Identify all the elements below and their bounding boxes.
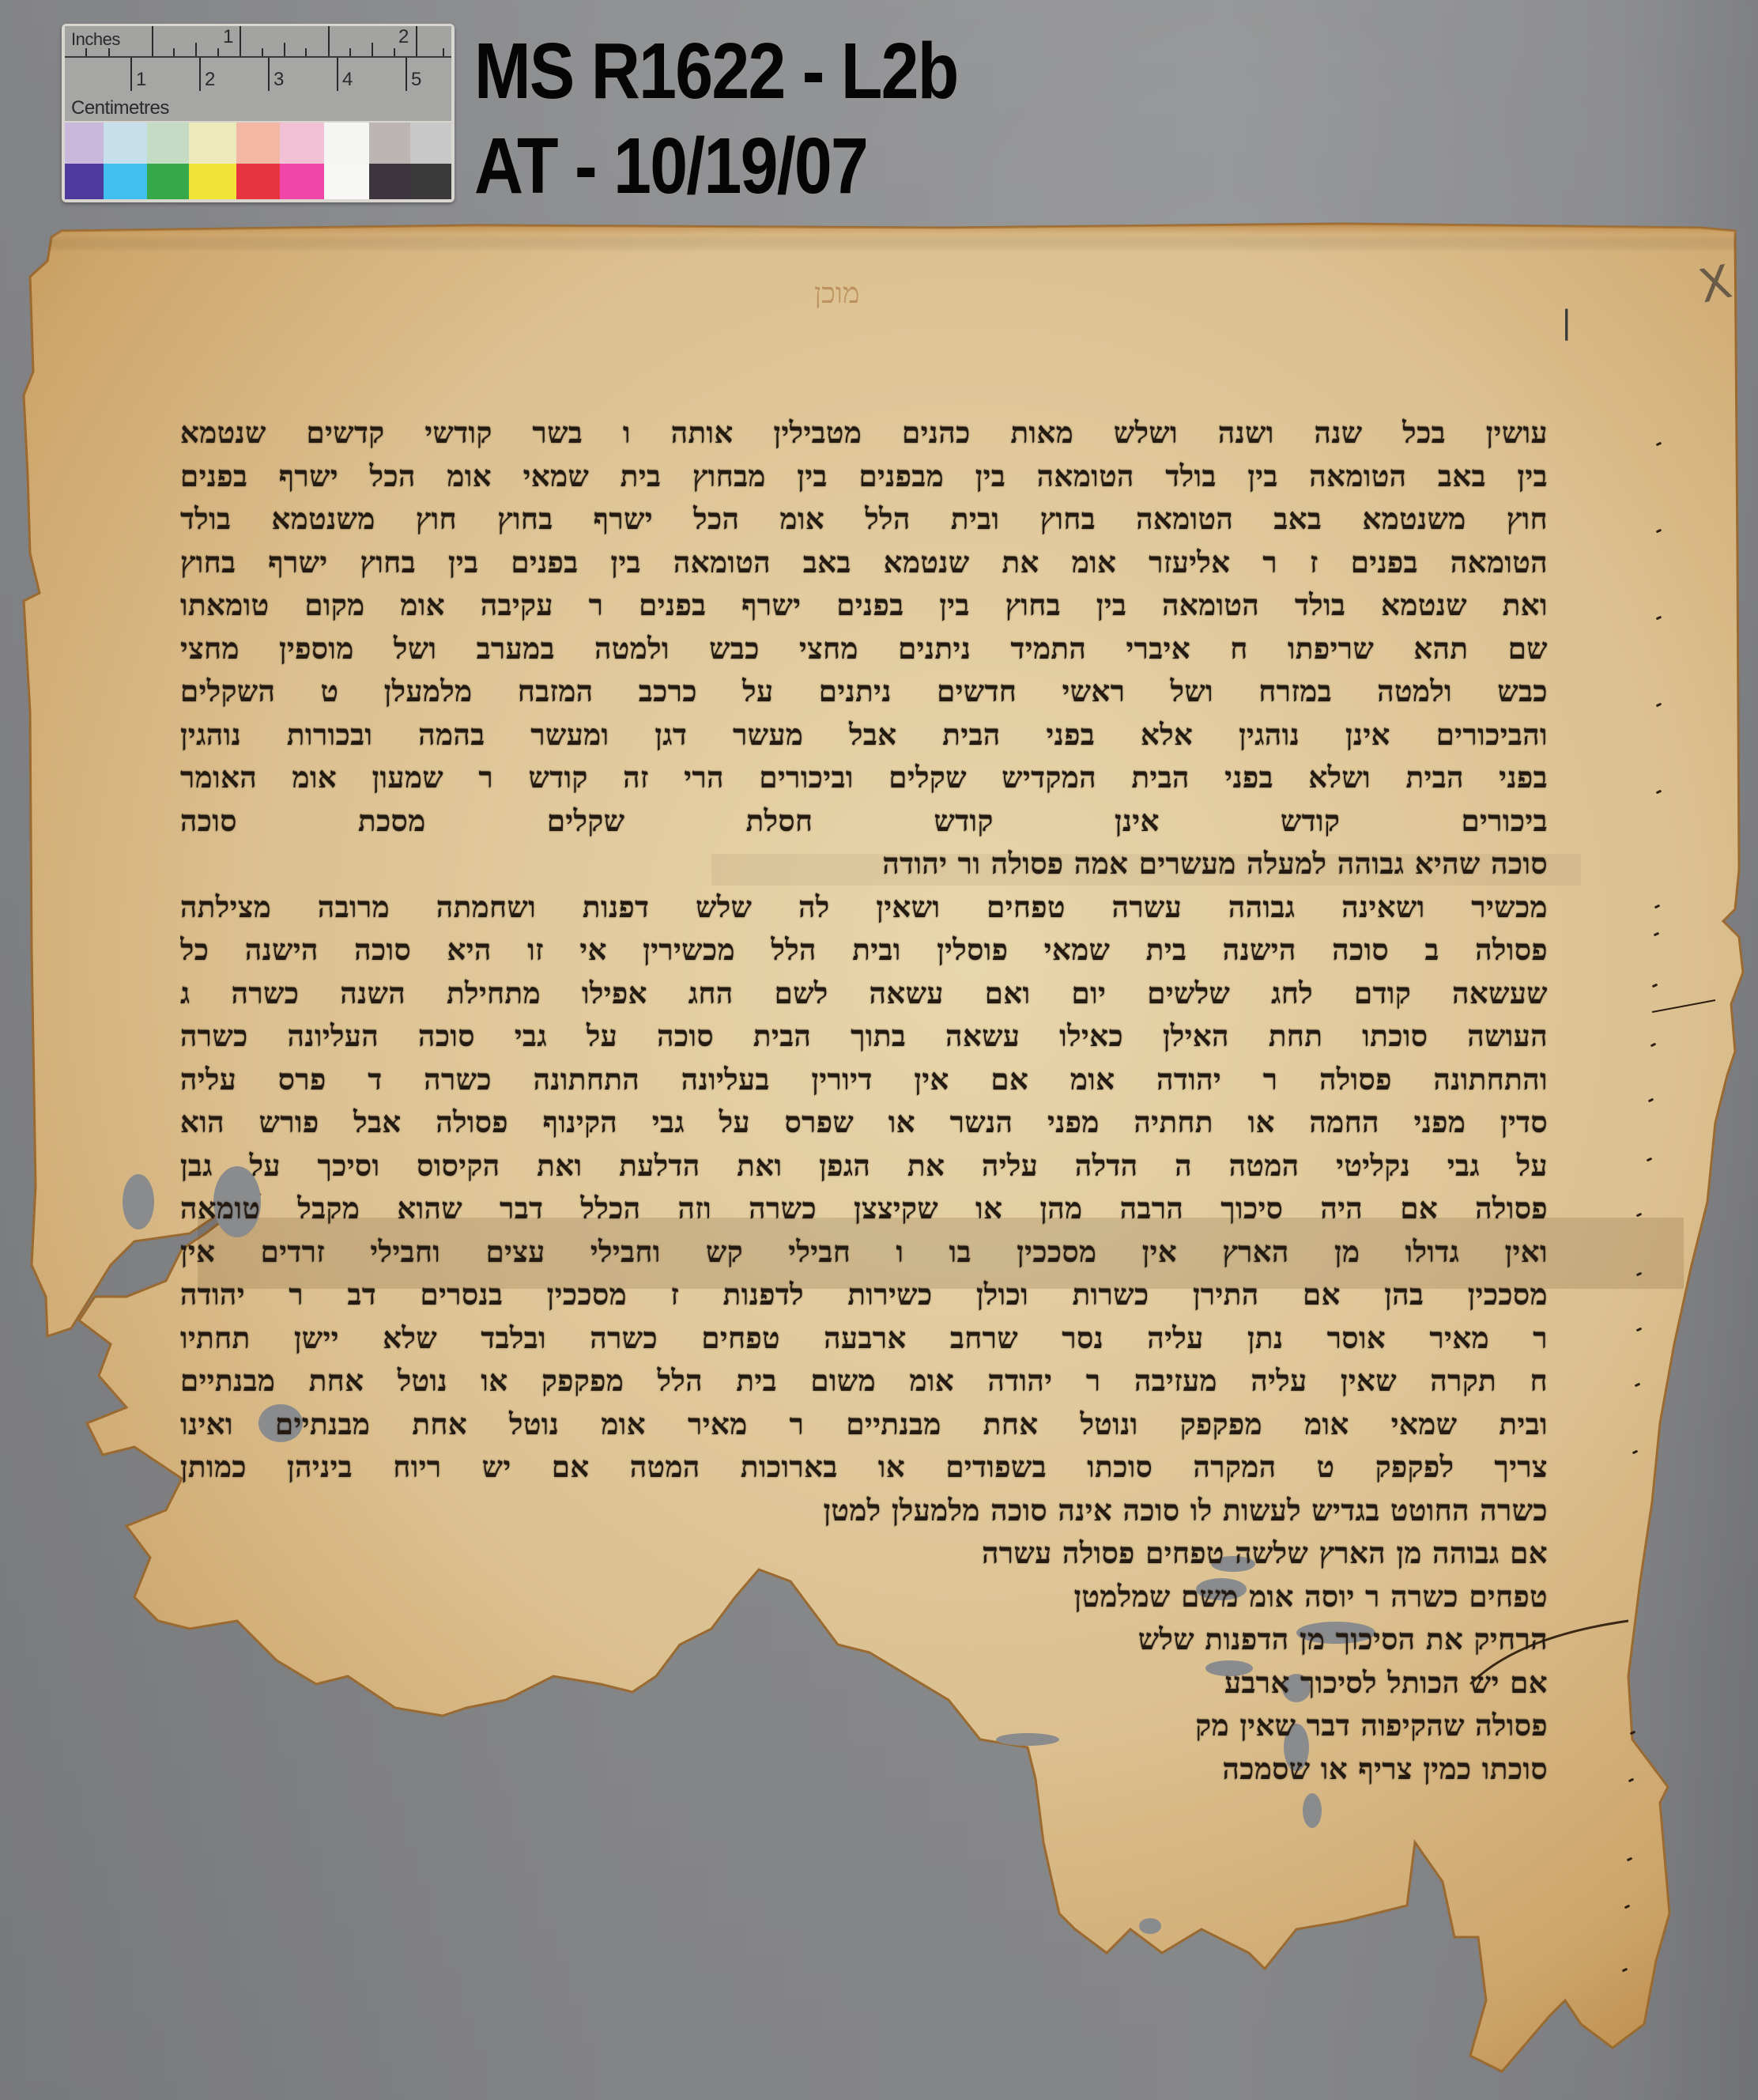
text-line: העושה סוכתו תחת האילן כאילו עשאה בתוך הב…	[180, 1014, 1548, 1058]
text-line: טפחים כשרה ר יוסה אומ משם שמלמטן	[180, 1575, 1548, 1618]
text-line: כבש ולמטה במזרח ושל ראשי חדשים ניתנים על…	[180, 670, 1548, 713]
text-line: ואת שנטמא בולד הטומאה בין בחוץ בין בפנים…	[180, 584, 1548, 627]
text-line: והביכורים אינן נוהגין אלא בפני הבית אבל …	[180, 713, 1548, 757]
text-line: מסככין בהן אם התירן כשרות וכולן כשירות ל…	[180, 1273, 1548, 1316]
text-line: פסולה אם היה סיכוך הרבה מהן או שקיצצן כש…	[180, 1187, 1548, 1230]
text-line: על גבי נקליטי המטה ה הדלה עליה את הגפן ו…	[180, 1144, 1548, 1188]
text-line: בין באב הטומאה בין בולד הטומאה בין מבפני…	[180, 455, 1548, 498]
text-line: בפני הבית ושלא בפני הבית המקדיש שקלים וב…	[180, 756, 1548, 799]
text-line: פסולה שהקיפוה דבר שאין מק	[180, 1704, 1548, 1747]
text-line: אם יש הכותל לסיכוך ארבע	[180, 1661, 1548, 1705]
text-line: כשרה החוטט בגדיש לעשות לו סוכה אינה סוכה…	[180, 1489, 1548, 1532]
text-line: הרחיק את הסיכוך מן הדפנות שלש	[180, 1618, 1548, 1661]
text-line: סוכה שהיא גבוהה למעלה מעשרים אמה פסולה ו…	[180, 842, 1548, 886]
catchword: מוכן	[814, 277, 859, 310]
margin-pencil-mark: |	[1561, 304, 1571, 341]
text-line: צריך לפקפק ט המקרה סוכתו בשפודים או בארו…	[180, 1445, 1548, 1489]
text-line: סדין מפני החמה או תחתיה מפני הנשר או שפר…	[180, 1101, 1548, 1144]
text-line: סוכתו כמין צריף או שסמכה	[180, 1747, 1548, 1791]
text-line: ובית שמאי אומ מפקפק ונוטל אחת מבנתיים ר …	[180, 1403, 1548, 1446]
text-line: פסולה ב סוכה הישנה בית שמאי פוסלין ובית …	[180, 928, 1548, 972]
text-line: ח תקרה שאין עליה מעזיבה ר יהודה אומ משום…	[180, 1359, 1548, 1403]
text-line: שם תהא שריפתו ח איברי התמיד ניתנים מחצי …	[180, 627, 1548, 670]
text-line: אם גבוהה מן הארץ שלשה טפחים פסולה עשרה	[180, 1532, 1548, 1575]
tractate-heading-line: ביכורים קודש אינן קודש חסלת שקלים מסכת ס…	[180, 799, 1548, 843]
manuscript-text-block: עושין בכל שנה ושנה ושלש מאות כהנים מטביל…	[180, 411, 1548, 1790]
text-line: ר מאיר אוסר נתן עליה נסר שרחב ארבעה טפחי…	[180, 1316, 1548, 1360]
text-line: מכשיר ושאינה גבוהה עשרה טפחים ושאין לה ש…	[180, 886, 1548, 929]
text-line: חוץ משנטמא באב הטומאה בחוץ ובית הלל אומ …	[180, 497, 1548, 541]
text-line: והתחתונה פסולה ר יהודה אומ אם אין דיורין…	[180, 1058, 1548, 1101]
text-line: עושין בכל שנה ושנה ושלש מאות כהנים מטביל…	[180, 411, 1548, 455]
text-line: הטומאה בפנים ז ר אליעזר אומ את שנטמא באב…	[180, 541, 1548, 584]
text-line: שעשאה קודם לחג שלשים יום ואם עשאה לשם הח…	[180, 972, 1548, 1015]
text-line: ואין גדולו מן הארץ אין מסככין בו ו חבילי…	[180, 1230, 1548, 1274]
